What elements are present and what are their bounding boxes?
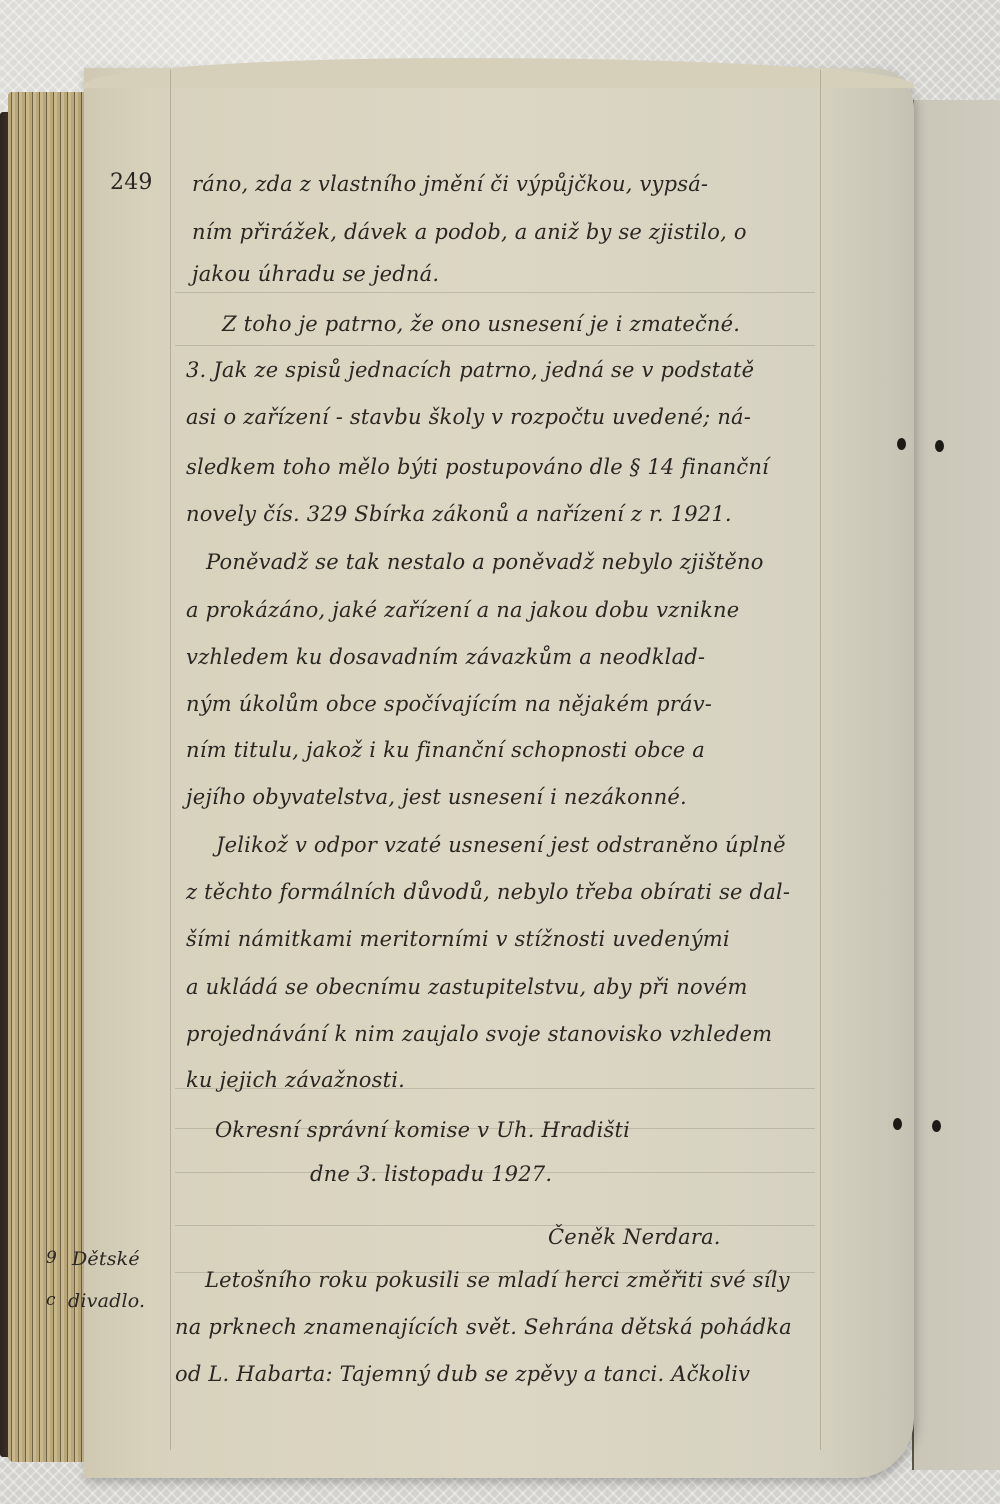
binding-hole [893,1118,902,1130]
text-line: Poněvadž se tak nestalo a poněvadž nebyl… [206,550,764,574]
text-line: a ukládá se obecnímu zastupitelstvu, aby… [186,975,748,999]
binding-hole [897,438,906,450]
text-line: z těchto formálních důvodů, nebylo třeba… [186,880,790,904]
text-line: jakou úhradu se jedná. [192,262,439,286]
text-line: novely čís. 329 Sbírka zákonů a nařízení… [186,502,732,526]
margin-rule-right [820,70,821,1450]
ruled-line [175,345,815,346]
text-line: 3. Jak ze spisů jednacích patrno, jedná … [186,358,754,382]
text-line: asi o zařízení - stavbu školy v rozpočtu… [186,405,751,429]
text-line: od L. Habarta: Tajemný dub se zpěvy a ta… [175,1362,750,1386]
binding-hole [932,1120,941,1132]
text-line: projednávání k nim zaujalo svoje stanovi… [186,1022,772,1046]
text-line: ku jejich závažnosti. [186,1068,405,1092]
signature-date: dne 3. listopadu 1927. [310,1162,552,1186]
text-line: a prokázáno, jaké zařízení a na jakou do… [186,598,739,622]
margin-note-line1: Dětské [72,1248,140,1270]
text-line: Letošního roku pokusili se mladí herci z… [205,1268,790,1292]
margin-note-line2: divadlo. [68,1290,145,1312]
text-line: jejího obyvatelstva, jest usnesení i nez… [186,785,687,809]
text-line: šími námitkami meritorními v stížnosti u… [186,927,730,951]
signature-name: Čeněk Nerdara. [548,1225,721,1249]
text-line: ráno, zda z vlastního jmění či výpůjčkou… [192,172,708,196]
binding-hole [935,440,944,452]
text-line: vzhledem ku dosavadním závazkům a neodkl… [186,645,705,669]
margin-rule-left [170,70,171,1450]
adjacent-page [912,100,1000,1470]
margin-mark: 9 [46,1248,57,1268]
text-line: Z toho je patrno, že ono usnesení je i z… [222,312,740,336]
text-line: sledkem toho mělo býti postupováno dle §… [186,455,769,479]
text-line: ním titulu, jakož i ku finanční schopnos… [186,738,705,762]
text-line: ným úkolům obce spočívajícím na nějakém … [186,692,712,716]
margin-mark: c [46,1290,56,1310]
text-line: ním přirážek, dávek a podob, a aniž by s… [192,220,747,244]
page-number: 249 [110,170,153,195]
text-line: Jelikož v odpor vzaté usnesení jest odst… [216,833,786,857]
ruled-line [175,292,815,293]
signature-authority: Okresní správní komise v Uh. Hradišti [215,1118,630,1142]
text-line: na prknech znamenajících svět. Sehrána d… [175,1315,792,1339]
